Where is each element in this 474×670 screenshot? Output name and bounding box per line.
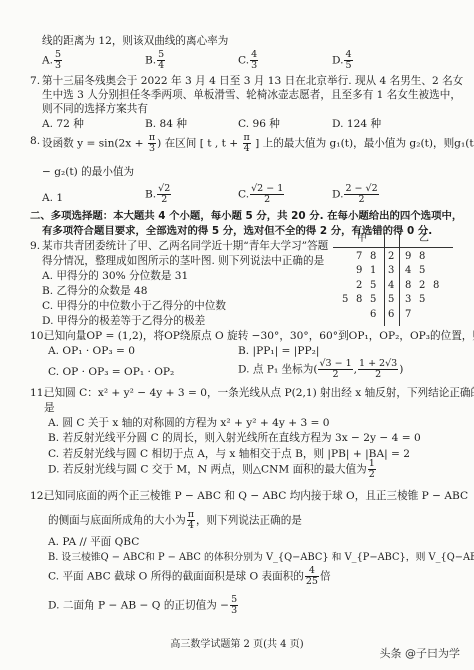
q7-option-c: C. 96 种 <box>238 119 280 130</box>
q10-option-a: A. OP₁ · OP₃ = 0 <box>48 346 135 357</box>
q11-option-d: D. 若反射光线与圆 C 交于 M，N 两点，则△CNM 面积的最大值为12 <box>48 459 377 480</box>
q9-option-c: C. 甲得分的中位数小于乙得分的中位数 <box>42 301 226 312</box>
q7-line2: 生中选 3 人分别担任冬季两项、单板滑雪、轮椅冰壶志愿者，且至多有 1 名女生被… <box>42 90 461 101</box>
q9-line1: 某市共青团委统计了甲、乙两名同学近十期“青年大学习”答题 <box>42 241 328 252</box>
q9-option-d: D. 甲得分的极差等于乙得分的极差 <box>42 316 205 327</box>
q7-number: 7. <box>30 76 40 87</box>
q7-line3: 则不同的选择方案共有 <box>42 104 148 115</box>
q8-line2: − g₂(t) 的最小值为 <box>42 167 134 178</box>
q9-line2: 得分情况，整理成如图所示的茎叶图. 则下列说法中正确的是 <box>42 256 324 267</box>
q7-option-b: B. 84 种 <box>145 119 187 130</box>
stem-row: 6 6 7 <box>333 310 473 324</box>
q10-stem: 已知向量OP = (1,2)，将OP绕原点 O 旋转 −30°，30°，60°到… <box>44 331 474 342</box>
q9-option-a: A. 甲得分的 30% 分位数是 31 <box>42 271 188 282</box>
q6-stem-tail: 线的距离为 12，则该双曲线的离心率为 <box>42 36 228 47</box>
q11-option-b: B. 若反射光线平分圆 C 的周长，则入射光线所在直线方程为 3x − 2y −… <box>48 433 421 444</box>
q12-option-c: C. 平面 ABC 截球 O 所得的截面面积是球 O 表面积的425倍 <box>48 566 331 587</box>
q9-option-b: B. 乙得分的众数是 48 <box>42 286 148 297</box>
q8-option-c: C.√2 − 12 <box>238 184 285 205</box>
q11-option-a: A. 圆 C 关于 x 轴的对称圆的方程为 x² + y² + 4y + 3 =… <box>48 418 330 429</box>
q6-option-d: D.45 <box>332 50 354 71</box>
q7-line1: 第十三届冬残奥会于 2022 年 3 月 4 日至 3 月 13 日在北京举行.… <box>42 76 463 87</box>
q9-number: 9. <box>30 241 40 252</box>
q10-option-c: C. OP · OP₃ = OP₁ · OP₂ <box>48 367 174 378</box>
q12-line2: 的侧面与底面所成角的大小为π4，则下列说法正确的是 <box>48 510 302 531</box>
q12-option-a: A. PA // 平面 QBC <box>48 537 139 548</box>
q6-option-a: A.53 <box>42 50 63 71</box>
q8-option-a: A. 1 <box>42 193 63 204</box>
q7-option-d: D. 124 种 <box>332 119 381 130</box>
stem-row: 9 1 3 4 5 <box>333 266 473 280</box>
q8-line1: 设函数 y = sin(2x + π3) 在区间 [ t , t + π4 ] … <box>42 133 474 154</box>
q6-option-b: B.54 <box>145 50 166 71</box>
q10-option-b: B. |PP₁| = |PP₂| <box>238 346 319 357</box>
q8-number: 8. <box>30 136 40 147</box>
stem-row: 7 8 2 9 8 <box>333 252 473 266</box>
stem-leaf-header: 甲 乙 <box>333 233 453 248</box>
q12-option-d: D. 二面角 P − AB − Q 的正切值为 −53 <box>48 595 239 616</box>
q6-option-c: C.43 <box>238 50 259 71</box>
q11-line2: 是 <box>44 403 55 414</box>
q8-option-d: D.2 − √22 <box>332 184 380 205</box>
header-jia: 甲 <box>357 234 367 244</box>
q8-option-b: B.√22 <box>145 184 172 205</box>
q11-line1: 已知圆 C：x² + y² − 4y + 3 = 0，一条光线从点 P(2,1)… <box>44 388 474 399</box>
stem-leaf-plot: 甲 乙 7 8 2 9 8 9 1 3 4 5 2 5 4 8 2 8 5 8 … <box>333 233 473 328</box>
watermark: 头条 @子曰为学 <box>380 648 461 659</box>
stem-row: 5 8 5 5 3 5 <box>333 295 473 309</box>
stem-row: 2 5 4 8 2 8 <box>333 281 473 295</box>
header-yi: 乙 <box>419 234 429 244</box>
q12-line1: 已知同底面的两个正三棱锥 P − ABC 和 Q − ABC 均内接于球 O，且… <box>44 491 468 502</box>
q7-option-a: A. 72 种 <box>42 119 84 130</box>
q12-option-b: B. 设三棱锥Q − ABC和 P − ABC 的体积分别为 V_{Q−ABC}… <box>48 553 474 563</box>
section2-heading-line1: 二、多项选择题：本大题共 4 个小题，每小题 5 分，共 20 分. 在每小题给… <box>30 211 462 221</box>
q10-option-d: D. 点 P₁ 坐标为(√3 − 12,1 + 2√32) <box>238 359 403 380</box>
q11-option-c: C. 若反射光线与圆 C 相切于点 A，与 x 轴相交于点 B，则 |PB| +… <box>48 449 410 460</box>
